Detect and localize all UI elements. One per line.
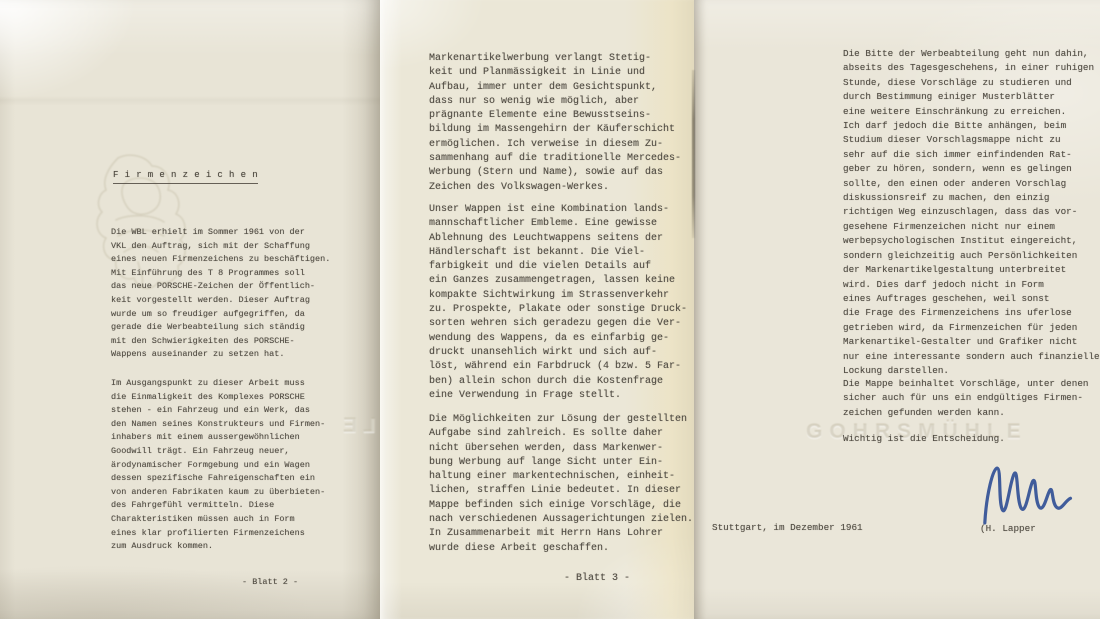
typewritten-document-photo: F i r m e n z e i c h e n Die WBL erhiel… (0, 0, 1100, 619)
paragraph: Die Mappe beinhaltet Vorschläge, unter d… (843, 377, 1088, 420)
paragraph: Die Möglichkeiten zur Lösung der gestell… (429, 413, 693, 556)
paragraph: Die Bitte der Werbeabteilung geht nun da… (843, 47, 1100, 378)
page-number-footer: - Blatt 3 - (564, 572, 630, 586)
closing-line: Wichtig ist die Entscheidung. (843, 432, 1005, 446)
page-number-footer: - Blatt 2 - (242, 576, 298, 590)
paper-watermark-fragment: ÜHLE (337, 414, 380, 438)
paragraph: Im Ausgangspunkt zu dieser Arbeit muss d… (111, 377, 325, 554)
page-blatt-3: Markenartikelwerbung verlangt Stetig- ke… (380, 0, 694, 619)
paragraph: Markenartikelwerbung verlangt Stetig- ke… (429, 52, 681, 195)
page-edge-shadow (692, 70, 695, 238)
dateline: Stuttgart, im Dezember 1961 (712, 521, 863, 535)
page-blatt-2: F i r m e n z e i c h e n Die WBL erhiel… (0, 0, 380, 619)
page-title: F i r m e n z e i c h e n (113, 170, 258, 184)
paragraph: Unser Wappen ist eine Kombination lands-… (429, 203, 687, 403)
signature-icon (969, 446, 1079, 549)
paragraph: Die WBL erhielt im Sommer 1961 von der V… (111, 226, 330, 362)
page-closing: Die Bitte der Werbeabteilung geht nun da… (694, 0, 1100, 619)
